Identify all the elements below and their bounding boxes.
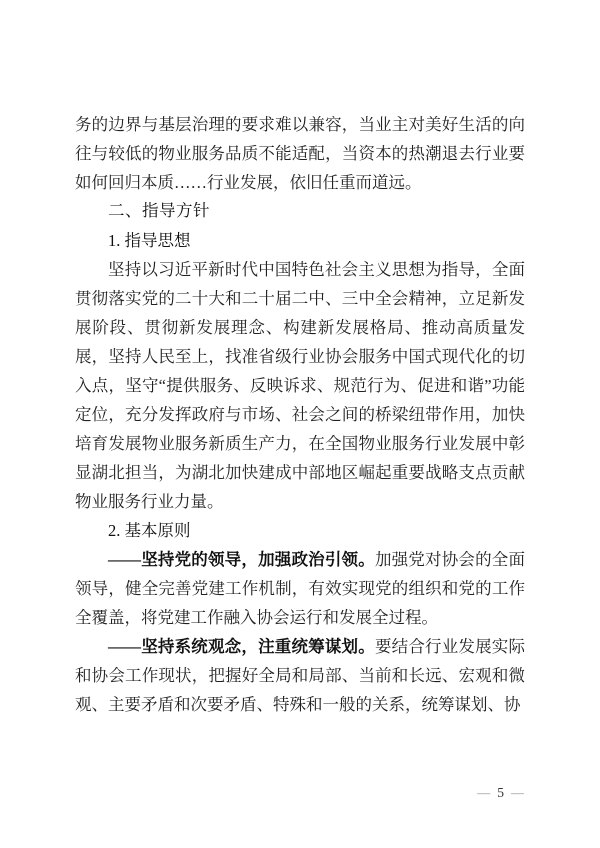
- page-number-right-dash: —: [511, 785, 524, 800]
- section-heading-guidelines: 二、指导方针: [75, 197, 525, 226]
- principle-system-concept-lead: ——坚持系统观念，注重统筹谋划。: [108, 637, 375, 656]
- page-number: —5—: [477, 785, 524, 801]
- paragraph-continuation: 务的边界与基层治理的要求难以兼容，当业主对美好生活的向往与较低的物业服务品质不能…: [75, 110, 525, 197]
- document-body: 务的边界与基层治理的要求难以兼容，当业主对美好生活的向往与较低的物业服务品质不能…: [75, 110, 525, 719]
- paragraph-principle-party-leadership: ——坚持党的领导，加强政治引领。加强党对协会的全面领导，健全完善党建工作机制，有…: [75, 545, 525, 632]
- subsection-heading-basic-principles: 2. 基本原则: [75, 516, 525, 545]
- page-number-left-dash: —: [477, 785, 490, 800]
- subsection-heading-guiding-ideology: 1. 指导思想: [75, 226, 525, 255]
- page-number-value: 5: [497, 785, 504, 800]
- paragraph-guiding-ideology: 坚持以习近平新时代中国特色社会主义思想为指导，全面贯彻落实党的二十大和二十届二中…: [75, 255, 525, 516]
- paragraph-principle-system-concept: ——坚持系统观念，注重统筹谋划。要结合行业发展实际和协会工作现状，把握好全局和局…: [75, 632, 525, 719]
- principle-party-leadership-lead: ——坚持党的领导，加强政治引领。: [108, 550, 375, 569]
- document-page: 务的边界与基层治理的要求难以兼容，当业主对美好生活的向往与较低的物业服务品质不能…: [0, 0, 600, 848]
